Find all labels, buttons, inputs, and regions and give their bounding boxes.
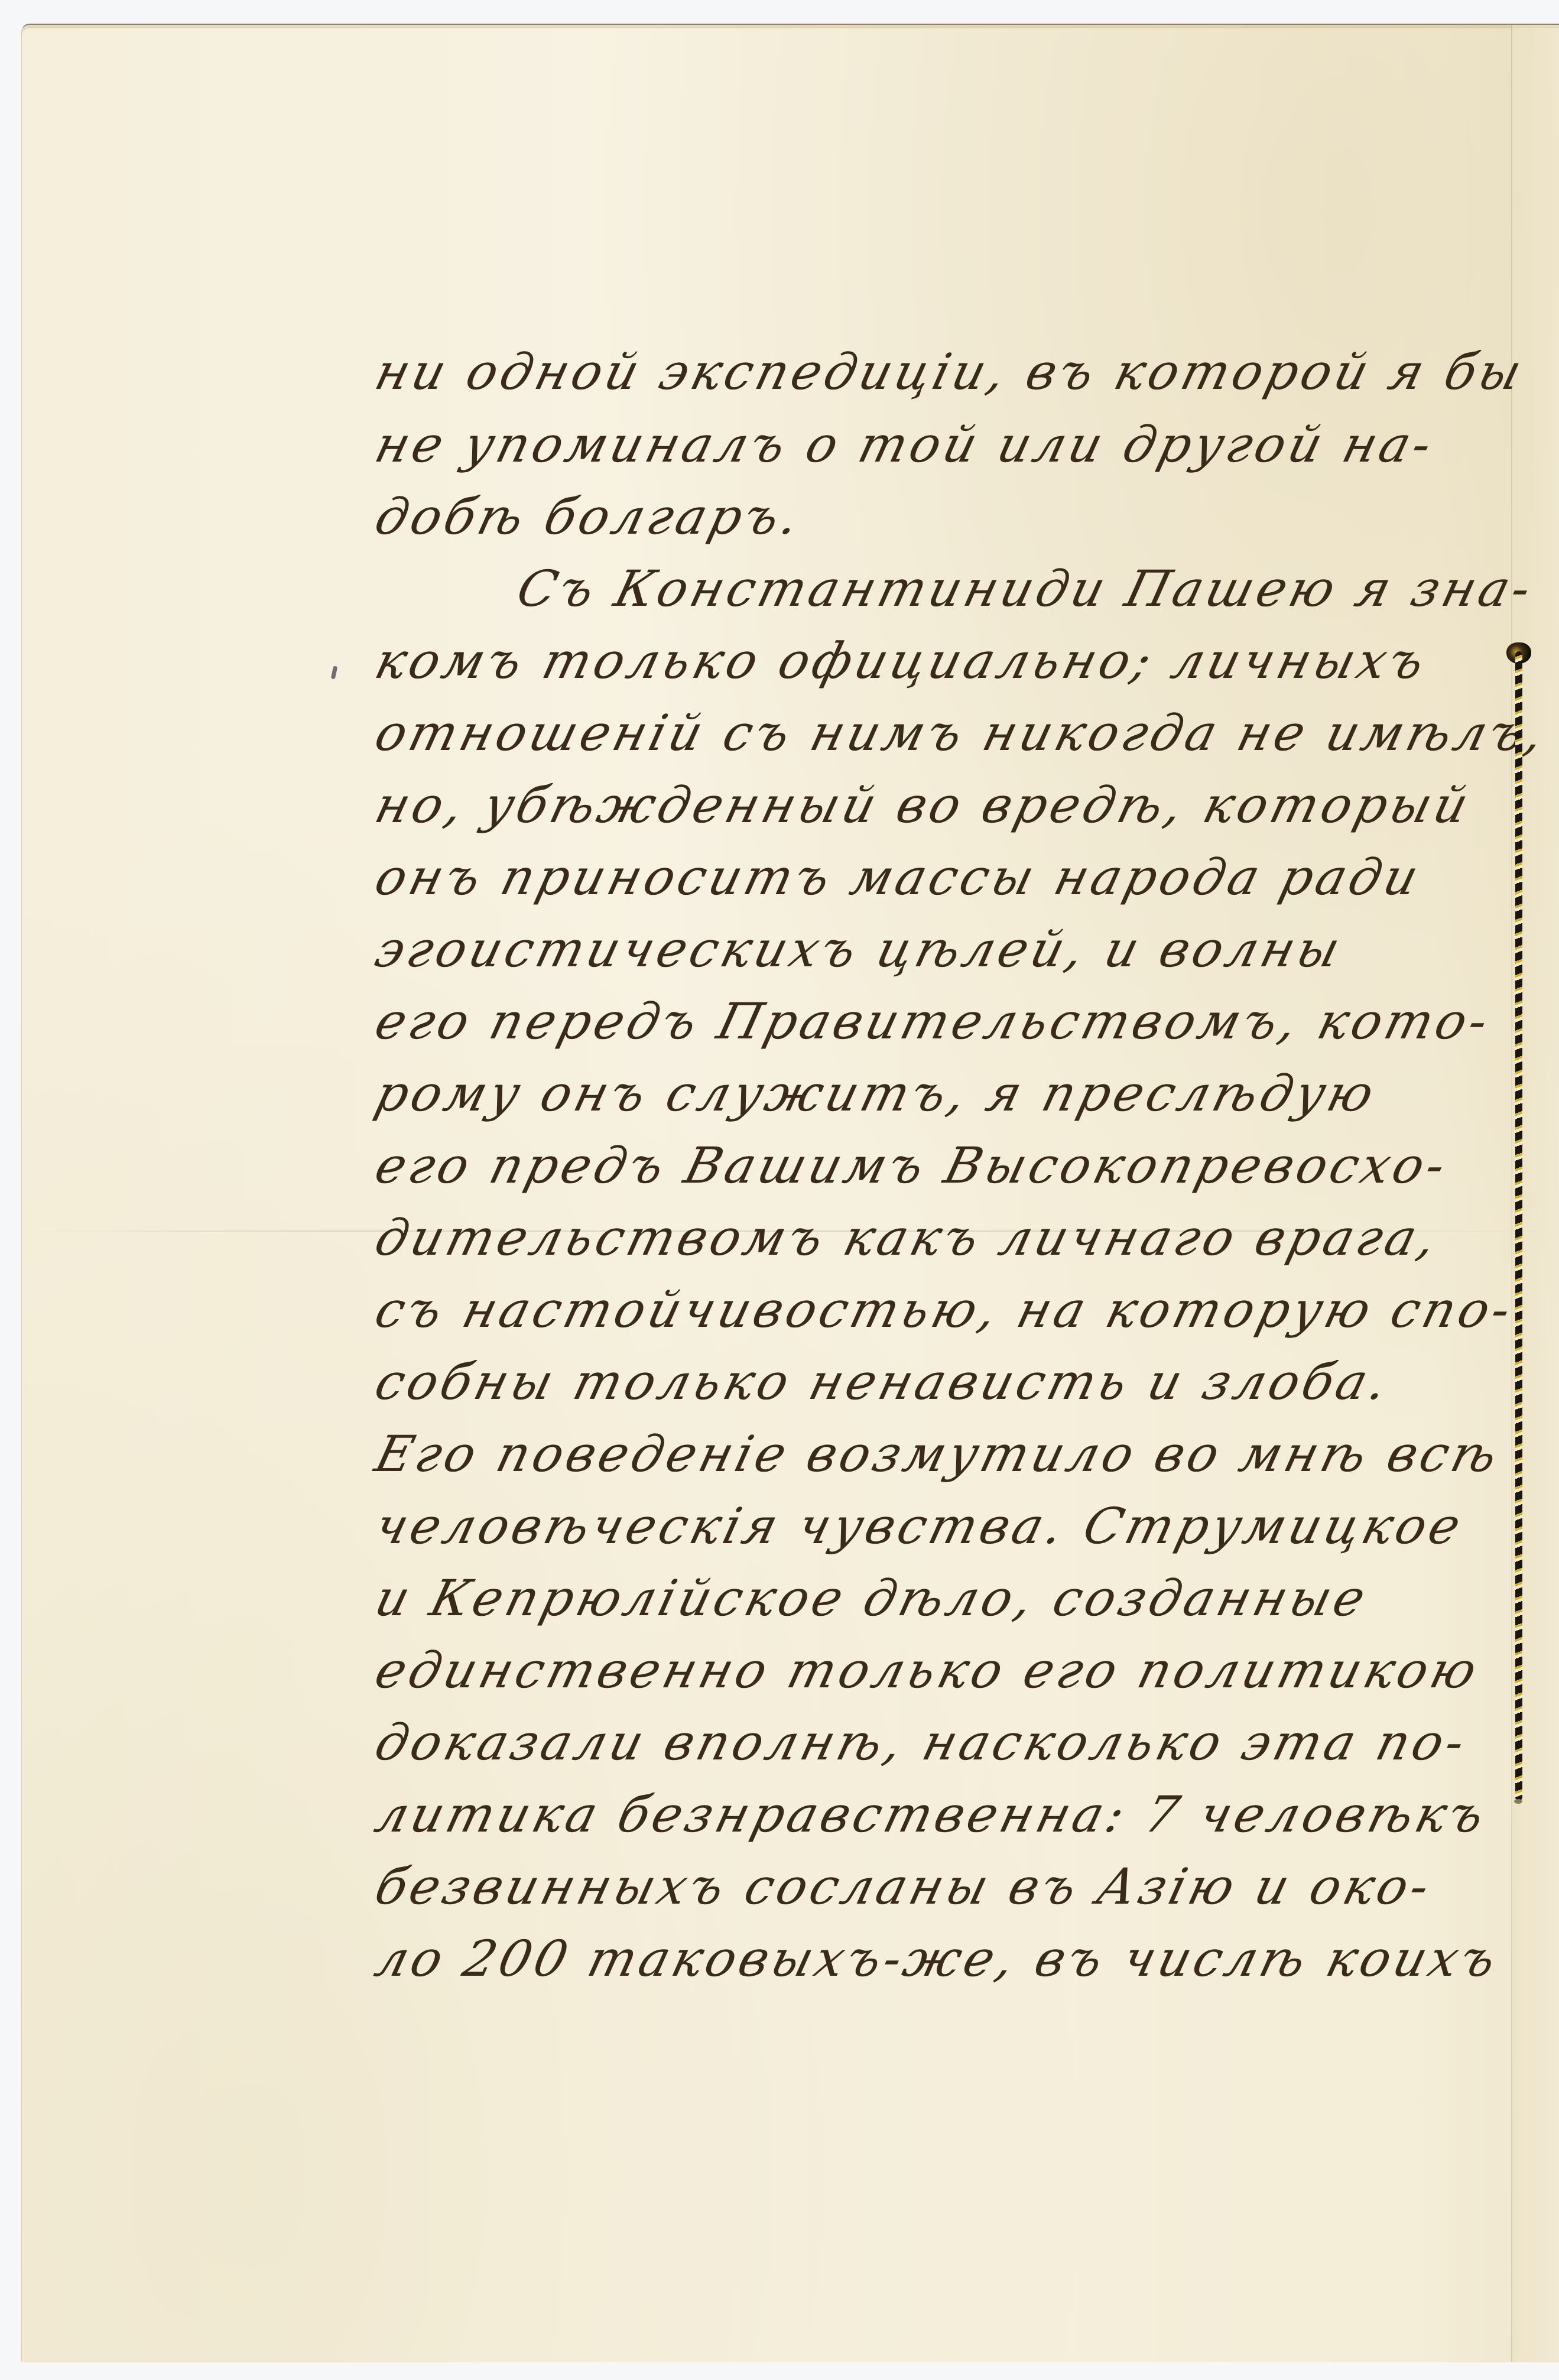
text-line: не упоминалъ о той или другой на- — [371, 420, 1440, 469]
text-line: ло 200 таковыхъ-же, въ числѣ коихъ — [371, 1934, 1504, 1983]
text-line: добѣ болгаръ. — [371, 492, 807, 541]
text-line: литика безнравственна: 7 человѣкъ — [371, 1790, 1492, 1839]
binding-cord-end — [1514, 1799, 1522, 1804]
paragraph-start-line: Съ Константиниди Пашею я зна- — [512, 564, 1539, 613]
text-line: Его поведеніе возмутило во мнѣ всѣ — [371, 1429, 1506, 1479]
text-line: собны только ненависть и злоба. — [371, 1357, 1395, 1407]
text-line: онъ приноситъ массы народа ради — [371, 852, 1427, 902]
text-line: человѣческія чувства. Струмицкое — [371, 1501, 1469, 1551]
text-line: отношеній съ нимъ никогда не имѣлъ, — [371, 708, 1552, 758]
text-line: но, убѣжденный во вредѣ, который — [371, 780, 1476, 830]
text-line: ни одной экспедиціи, въ которой я бы — [371, 347, 1530, 397]
text-line: единственно только его политикою — [371, 1645, 1485, 1695]
text-line: безвинныхъ сосланы въ Азію и око- — [371, 1862, 1438, 1911]
manuscript-page: ни одной экспедиціи, въ которой я бы не … — [21, 24, 1559, 2362]
text-line: дительствомъ какъ личнаго врага, — [371, 1213, 1444, 1262]
ink-blot-mark — [331, 666, 337, 680]
binding-cord — [1515, 651, 1522, 1801]
text-line: доказали вполнѣ, насколько эта по- — [371, 1717, 1473, 1767]
text-line: эгоистическихъ цѣлей, и волны — [371, 924, 1348, 974]
text-line: рому онъ служитъ, я преслѣдую — [371, 1069, 1382, 1118]
text-line: его предъ Вашимъ Высокопревосхо- — [371, 1141, 1454, 1190]
text-line: съ настойчивостью, на которую спо- — [371, 1285, 1519, 1335]
text-line: комъ только официально; личныхъ — [371, 636, 1433, 686]
text-line: и Кепрюлійское дѣло, созданные — [371, 1573, 1373, 1623]
text-line: его передъ Правительствомъ, кото- — [371, 996, 1496, 1046]
